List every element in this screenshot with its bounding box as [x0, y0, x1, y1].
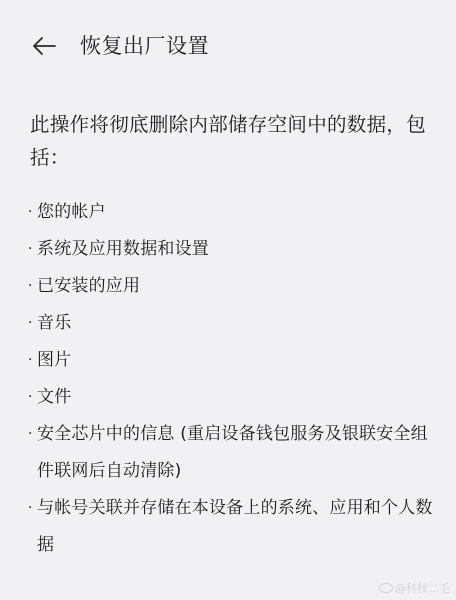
list-item-label: 系统及应用数据和设置 — [37, 231, 438, 268]
list-item-files: · 文件 — [28, 379, 438, 416]
list-item-label: 音乐 — [37, 305, 438, 342]
list-item-system-app-data: · 系统及应用数据和设置 — [28, 231, 438, 268]
weibo-icon — [379, 583, 393, 593]
list-item-label: 文件 — [37, 379, 438, 416]
bullet-icon: · — [28, 231, 37, 268]
list-item-label: 图片 — [37, 342, 438, 379]
watermark-text: @科技二毛 — [395, 580, 450, 596]
back-button[interactable] — [30, 32, 58, 60]
list-item-pictures: · 图片 — [28, 342, 438, 379]
watermark: @科技二毛 — [379, 580, 450, 596]
arrow-left-icon — [31, 36, 57, 56]
bullet-icon: · — [28, 194, 37, 231]
bullet-icon: · — [28, 379, 37, 416]
description-text: 此操作将彻底删除内部储存空间中的数据，包括： — [30, 108, 430, 174]
bullet-icon: · — [28, 490, 37, 564]
bullet-icon: · — [28, 342, 37, 379]
list-item-account-linked-data: · 与帐号关联并存储在本设备上的系统、应用和个人数据 — [28, 490, 438, 564]
bullet-icon: · — [28, 268, 37, 305]
list-item-installed-apps: · 已安装的应用 — [28, 268, 438, 305]
list-item-label: 安全芯片中的信息 (重启设备钱包服务及银联安全组件联网后自动清除) — [37, 416, 438, 490]
page-title: 恢复出厂设置 — [80, 30, 209, 62]
list-item-account: · 您的帐户 — [28, 194, 438, 231]
list-item-security-chip: · 安全芯片中的信息 (重启设备钱包服务及银联安全组件联网后自动清除) — [28, 416, 438, 490]
list-item-label: 您的帐户 — [37, 194, 438, 231]
list-item-music: · 音乐 — [28, 305, 438, 342]
list-item-label: 与帐号关联并存储在本设备上的系统、应用和个人数据 — [37, 490, 438, 564]
list-item-label: 已安装的应用 — [37, 268, 438, 305]
bullet-icon: · — [28, 416, 37, 490]
data-items-list: · 您的帐户 · 系统及应用数据和设置 · 已安装的应用 · 音乐 · 图片 ·… — [28, 194, 438, 564]
bullet-icon: · — [28, 305, 37, 342]
app-header: 恢复出厂设置 — [0, 28, 456, 64]
